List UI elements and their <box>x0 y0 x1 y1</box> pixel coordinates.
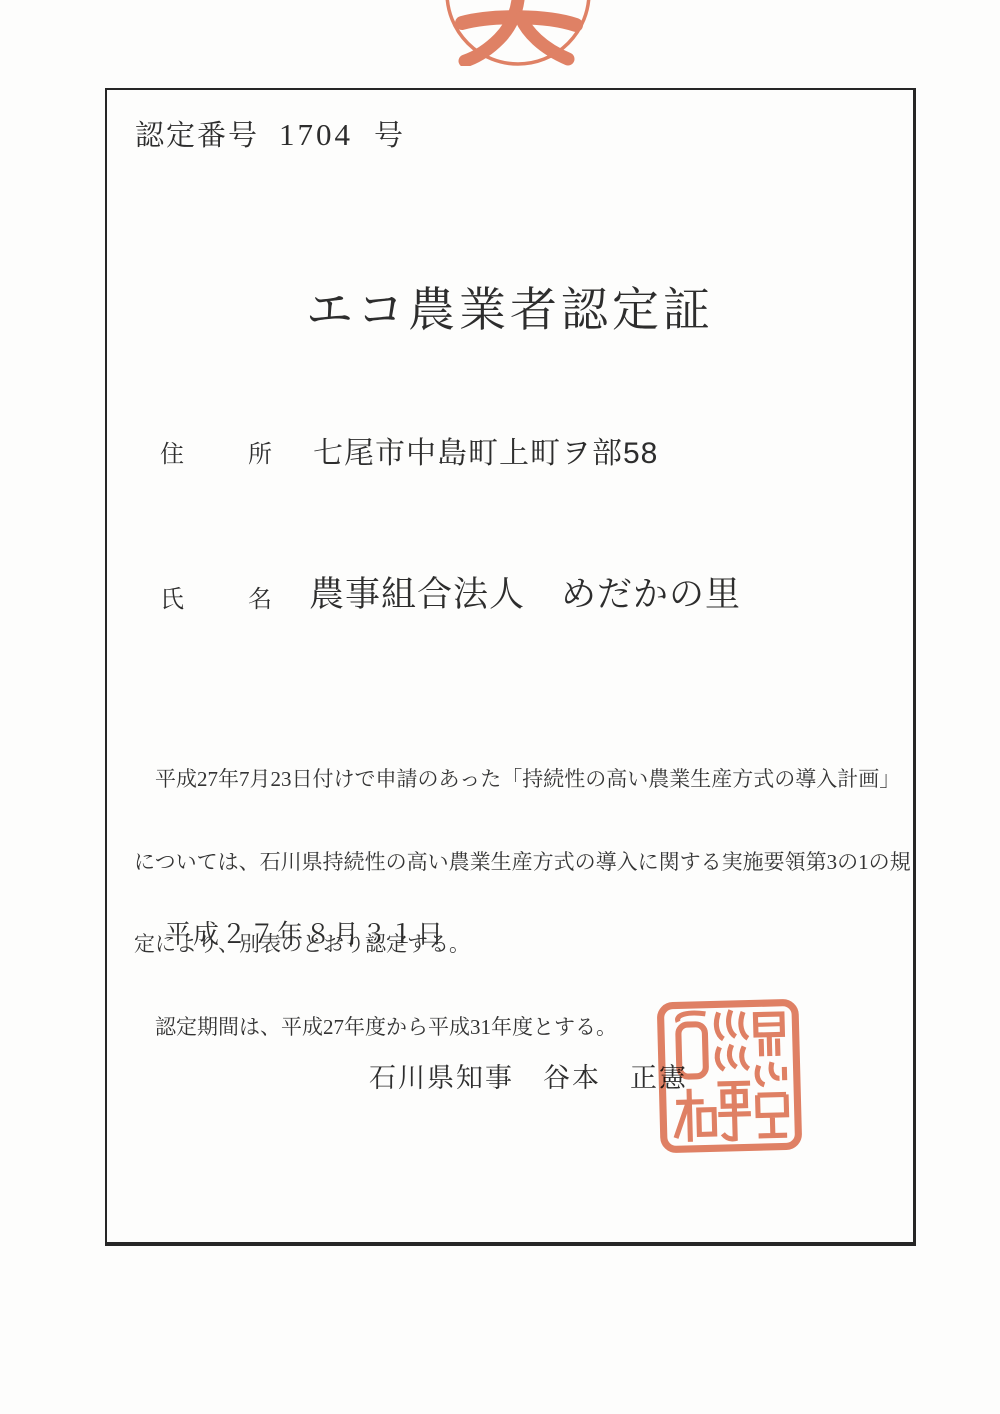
name-label-char-2: 名 <box>248 579 272 614</box>
issue-date: 平成２７年８月３１日 <box>165 914 445 951</box>
certificate-number-line: 認定番号1704号 <box>135 113 405 154</box>
governor-signature: 石川県知事 谷本 正憲 <box>369 1056 688 1095</box>
address-label-char-1: 住 <box>160 434 184 469</box>
received-stamp-icon <box>0 0 1000 66</box>
address-label: 住 所 <box>160 434 272 469</box>
name-label-char-1: 氏 <box>160 579 184 614</box>
scanned-certificate-page: 認定番号1704号 エコ農業者認定証 住 所 七尾市中島町上町ヲ部58 氏 名 … <box>0 0 1000 1414</box>
certificate-frame: 認定番号1704号 エコ農業者認定証 住 所 七尾市中島町上町ヲ部58 氏 名 … <box>105 88 916 1246</box>
governor-seal-icon <box>655 996 805 1156</box>
name-label: 氏 名 <box>160 579 272 614</box>
certificate-number-value: 1704 <box>279 117 353 152</box>
certificate-number-label: 認定番号 <box>135 120 259 152</box>
certificate-title: エコ農業者認定証 <box>107 273 913 340</box>
body-line: については、石川県持続性の高い農業生産方式の導入に関する実施要領第3の1の規 <box>134 849 911 877</box>
body-line: 平成27年7月23日付けで申請のあった「持続性の高い農業生産方式の導入計画」 <box>134 766 911 794</box>
certificate-number-suffix: 号 <box>374 120 405 152</box>
address-value: 七尾市中島町上町ヲ部58 <box>313 428 658 472</box>
name-value: 農事組合法人 めだかの里 <box>309 567 741 617</box>
address-label-char-2: 所 <box>248 434 272 469</box>
